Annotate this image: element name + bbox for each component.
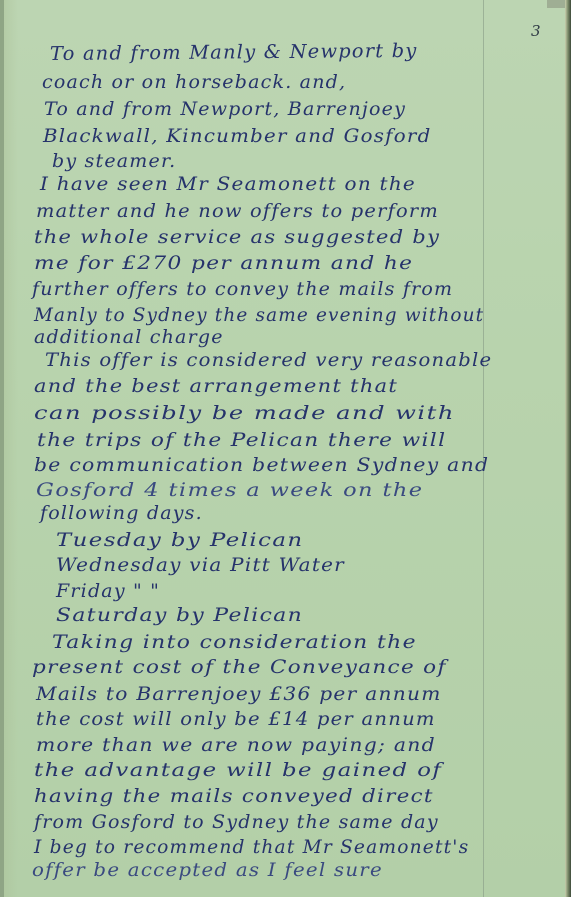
- letter-line: To and from Newport, Barrenjoey: [44, 98, 406, 120]
- letter-line: Friday " ": [56, 580, 160, 602]
- letter-line: following days.: [40, 502, 203, 524]
- letter-line: and the best arrangement that: [34, 375, 398, 397]
- letter-line: the whole service as suggested by: [34, 226, 440, 248]
- letter-line: me for £270 per annum and he: [34, 252, 413, 274]
- letter-line: Mails to Barrenjoey £36 per annum: [36, 683, 442, 705]
- letter-body: To and from Manly & Newport by coach or …: [0, 0, 480, 897]
- letter-line: Taking into consideration the: [52, 631, 417, 653]
- letter-line: further offers to convey the mails from: [32, 278, 453, 300]
- letter-line: Wednesday via Pitt Water: [56, 554, 345, 576]
- letter-line: This offer is considered very reasonable: [45, 349, 492, 371]
- letter-line: I have seen Mr Seamonett on the: [40, 173, 416, 195]
- letter-line: the cost will only be £14 per annum: [36, 708, 436, 730]
- page-number: 3: [531, 22, 541, 40]
- letter-line: present cost of the Conveyance of: [32, 656, 447, 678]
- page-corner-mark: [547, 0, 565, 8]
- letter-line: matter and he now offers to perform: [36, 200, 439, 222]
- letter-line: the trips of the Pelican there will: [37, 429, 446, 451]
- letter-line: by steamer.: [52, 150, 176, 172]
- letter-line: be communication between Sydney and: [34, 454, 489, 476]
- ruled-margin-line: [483, 0, 484, 897]
- letter-line: offer be accepted as I feel sure: [32, 859, 383, 881]
- page-binding-edge: [565, 0, 571, 897]
- letter-line: I beg to recommend that Mr Seamonett's: [34, 836, 469, 858]
- letter-line: To and from Manly & Newport by: [50, 40, 418, 65]
- letter-line: Saturday by Pelican: [56, 604, 303, 626]
- letter-line: Blackwall, Kincumber and Gosford: [43, 125, 431, 147]
- letter-line: coach or on horseback. and,: [42, 71, 346, 93]
- letter-line: additional charge: [34, 326, 224, 348]
- letter-line: can possibly be made and with: [34, 402, 455, 424]
- letter-line: having the mails conveyed direct: [34, 785, 434, 807]
- letter-line: Tuesday by Pelican: [56, 529, 304, 551]
- letter-line: Gosford 4 times a week on the: [36, 479, 423, 501]
- letter-line: more than we are now paying; and: [36, 734, 436, 756]
- letter-line: from Gosford to Sydney the same day: [34, 811, 439, 833]
- letter-line: the advantage will be gained of: [34, 759, 442, 781]
- letter-line: Manly to Sydney the same evening without: [34, 304, 484, 326]
- handwritten-letter-page: 3 To and from Manly & Newport by coach o…: [0, 0, 571, 897]
